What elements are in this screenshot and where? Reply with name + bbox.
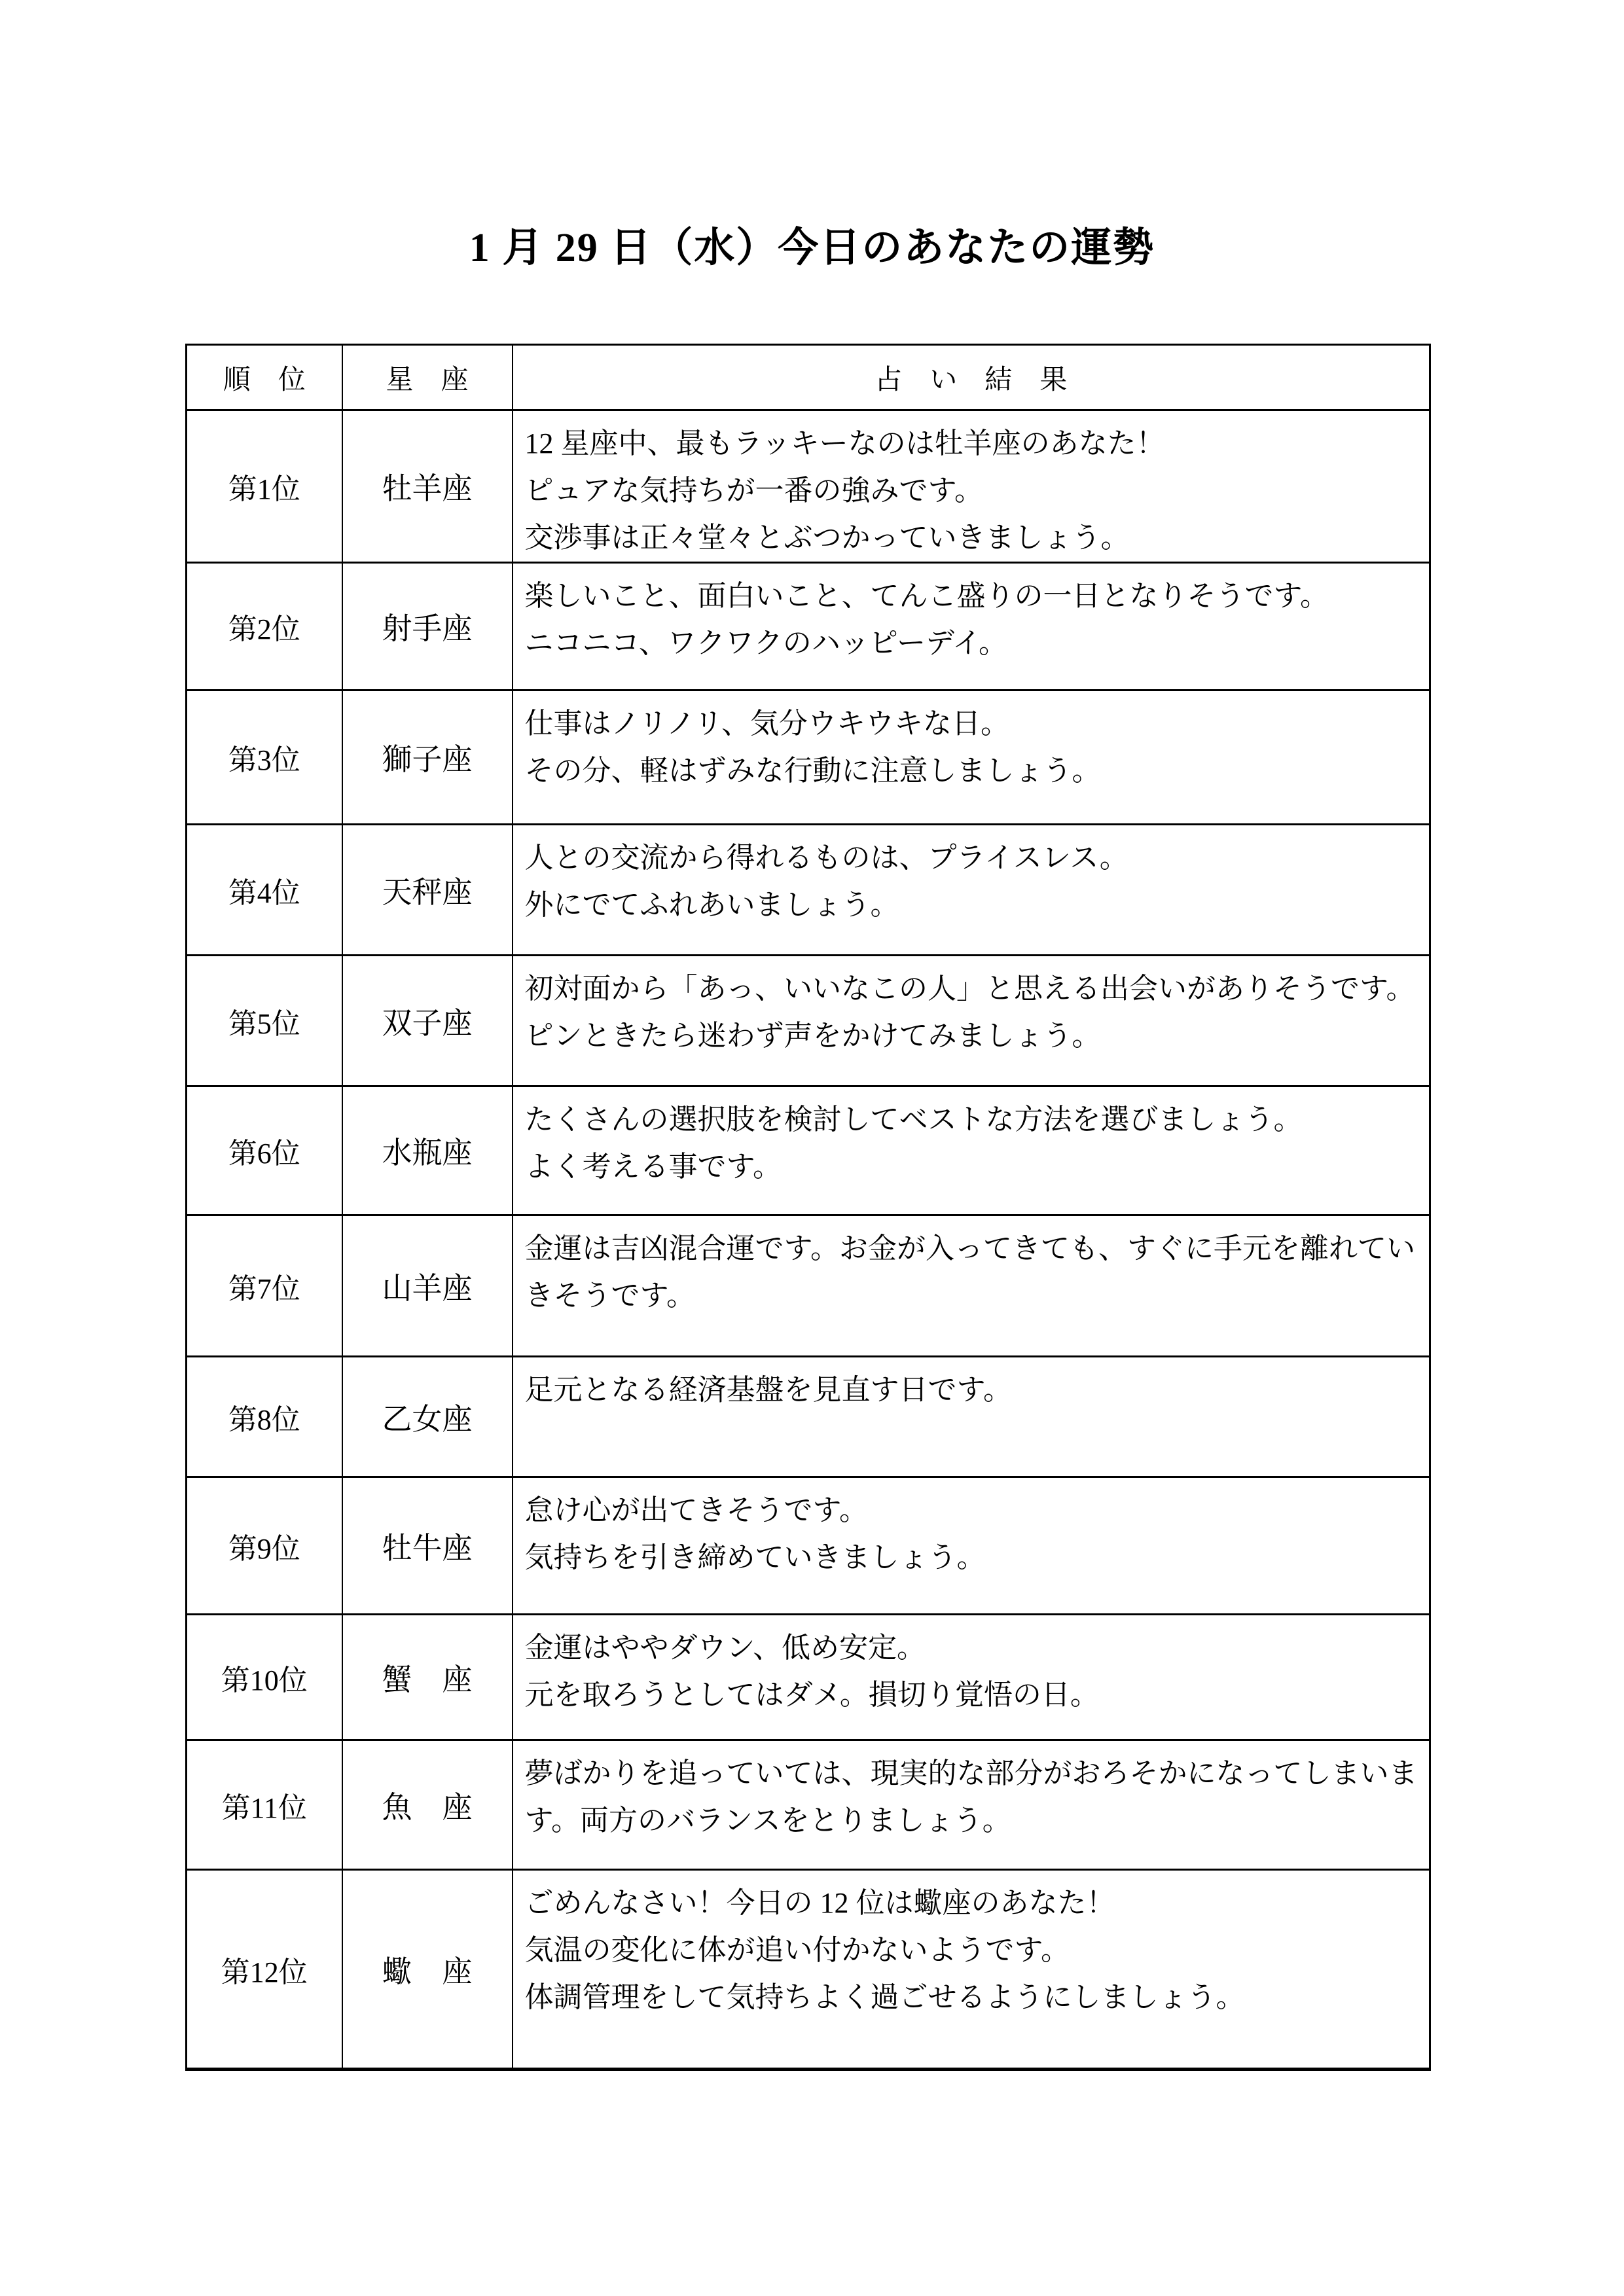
- result-cell: 足元となる経済基盤を見直す日です。: [513, 1357, 1430, 1477]
- col-header-rank: 順 位: [187, 345, 342, 410]
- result-line: 12 星座中、最もラッキーなのは牡羊座のあなた！: [525, 420, 1424, 467]
- result-cell: 怠け心が出てきそうです。 気持ちを引き締めていきましょう。: [513, 1477, 1430, 1615]
- table-row: 第5位 双子座 初対面から「あっ、いいなこの人」と思える出会いがありそうです。 …: [187, 956, 1430, 1086]
- table-row: 第10位 蟹 座 金運はややダウン、低め安定。 元を取ろうとしてはダメ。損切り覚…: [187, 1615, 1430, 1740]
- result-line: 怠け心が出てきそうです。: [525, 1487, 1424, 1534]
- result-cell: たくさんの選択肢を検討してベストな方法を選びましょう。 よく考える事です。: [513, 1086, 1430, 1215]
- result-line: す。両方のバランスをとりましょう。: [525, 1797, 1424, 1844]
- rank-cell: 第6位: [187, 1086, 342, 1215]
- rank-cell: 第2位: [187, 563, 342, 691]
- rank-cell: 第5位: [187, 956, 342, 1086]
- result-line: 気温の変化に体が追い付かないようです。: [525, 1927, 1424, 1974]
- rank-cell: 第1位: [187, 410, 342, 563]
- result-cell: 12 星座中、最もラッキーなのは牡羊座のあなた！ ピュアな気持ちが一番の強みです…: [513, 410, 1430, 563]
- result-cell: 夢ばかりを追っていては、現実的な部分がおろそかになってしまいま す。両方のバラン…: [513, 1740, 1430, 1870]
- table-row: 第11位 魚 座 夢ばかりを追っていては、現実的な部分がおろそかになってしまいま…: [187, 1740, 1430, 1870]
- sign-cell: 水瓶座: [342, 1086, 513, 1215]
- result-line: ニコニコ、ワクワクのハッピーデイ。: [525, 620, 1424, 667]
- result-line: 金運は吉凶混合運です。お金が入ってきても、すぐに手元を離れてい: [525, 1225, 1424, 1272]
- table-row: 第6位 水瓶座 たくさんの選択肢を検討してベストな方法を選びましょう。 よく考え…: [187, 1086, 1430, 1215]
- result-line: 外にでてふれあいましょう。: [525, 882, 1424, 929]
- result-cell: 金運は吉凶混合運です。お金が入ってきても、すぐに手元を離れてい きそうです。: [513, 1215, 1430, 1357]
- table-row: 第4位 天秤座 人との交流から得れるものは、プライスレス。 外にでてふれあいまし…: [187, 825, 1430, 956]
- sign-cell: 双子座: [342, 956, 513, 1086]
- result-line: 交渉事は正々堂々とぶつかっていきましょう。: [525, 514, 1424, 562]
- table-row: 第8位 乙女座 足元となる経済基盤を見直す日です。: [187, 1357, 1430, 1477]
- sign-cell: 牡牛座: [342, 1477, 513, 1615]
- table-row: 第12位 蠍 座 ごめんなさい！今日の 12 位は蠍座のあなた！ 気温の変化に体…: [187, 1870, 1430, 2070]
- sign-cell: 牡羊座: [342, 410, 513, 563]
- sign-cell: 天秤座: [342, 825, 513, 956]
- rank-cell: 第12位: [187, 1870, 342, 2070]
- rank-cell: 第4位: [187, 825, 342, 956]
- result-cell: 仕事はノリノリ、気分ウキウキな日。 その分、軽はずみな行動に注意しましょう。: [513, 691, 1430, 825]
- result-line: 人との交流から得れるものは、プライスレス。: [525, 834, 1424, 882]
- result-line: 夢ばかりを追っていては、現実的な部分がおろそかになってしまいま: [525, 1750, 1424, 1797]
- result-line: 初対面から「あっ、いいなこの人」と思える出会いがありそうです。: [525, 965, 1424, 1013]
- result-line: よく考える事です。: [525, 1143, 1424, 1191]
- col-header-sign: 星 座: [342, 345, 513, 410]
- rank-cell: 第10位: [187, 1615, 342, 1740]
- result-line: 楽しいこと、面白いこと、てんこ盛りの一日となりそうです。: [525, 573, 1424, 620]
- result-line: 仕事はノリノリ、気分ウキウキな日。: [525, 700, 1424, 747]
- result-cell: 初対面から「あっ、いいなこの人」と思える出会いがありそうです。 ピンときたら迷わ…: [513, 956, 1430, 1086]
- result-line: 元を取ろうとしてはダメ。損切り覚悟の日。: [525, 1672, 1424, 1719]
- sign-cell: 獅子座: [342, 691, 513, 825]
- fortune-table: 順 位 星 座 占 い 結 果 第1位 牡羊座 12 星座中、最もラッキーなのは…: [185, 344, 1431, 2071]
- sign-cell: 乙女座: [342, 1357, 513, 1477]
- result-cell: ごめんなさい！今日の 12 位は蠍座のあなた！ 気温の変化に体が追い付かないよう…: [513, 1870, 1430, 2070]
- result-cell: 人との交流から得れるものは、プライスレス。 外にでてふれあいましょう。: [513, 825, 1430, 956]
- result-line: ピュアな気持ちが一番の強みです。: [525, 467, 1424, 514]
- result-line: 金運はややダウン、低め安定。: [525, 1624, 1424, 1672]
- sign-cell: 蟹 座: [342, 1615, 513, 1740]
- page-title: 1 月 29 日（水）今日のあなたの運勢: [0, 215, 1624, 273]
- sign-cell: 山羊座: [342, 1215, 513, 1357]
- sign-cell: 蠍 座: [342, 1870, 513, 2070]
- table-row: 第1位 牡羊座 12 星座中、最もラッキーなのは牡羊座のあなた！ ピュアな気持ち…: [187, 410, 1430, 563]
- rank-cell: 第11位: [187, 1740, 342, 1870]
- result-cell: 楽しいこと、面白いこと、てんこ盛りの一日となりそうです。 ニコニコ、ワクワクのハ…: [513, 563, 1430, 691]
- result-line: ピンときたら迷わず声をかけてみましょう。: [525, 1013, 1424, 1060]
- sign-cell: 射手座: [342, 563, 513, 691]
- result-line: 足元となる経済基盤を見直す日です。: [525, 1367, 1424, 1414]
- col-header-result: 占 い 結 果: [513, 345, 1430, 410]
- rank-cell: 第9位: [187, 1477, 342, 1615]
- result-line: 気持ちを引き締めていきましょう。: [525, 1534, 1424, 1581]
- table-row: 第2位 射手座 楽しいこと、面白いこと、てんこ盛りの一日となりそうです。 ニコニ…: [187, 563, 1430, 691]
- rank-cell: 第7位: [187, 1215, 342, 1357]
- sign-cell: 魚 座: [342, 1740, 513, 1870]
- rank-cell: 第3位: [187, 691, 342, 825]
- table-row: 第7位 山羊座 金運は吉凶混合運です。お金が入ってきても、すぐに手元を離れてい …: [187, 1215, 1430, 1357]
- document-page: 1 月 29 日（水）今日のあなたの運勢 順 位 星 座 占 い 結 果 第1位…: [0, 0, 1624, 2296]
- result-line: その分、軽はずみな行動に注意しましょう。: [525, 747, 1424, 795]
- table-row: 第9位 牡牛座 怠け心が出てきそうです。 気持ちを引き締めていきましょう。: [187, 1477, 1430, 1615]
- result-cell: 金運はややダウン、低め安定。 元を取ろうとしてはダメ。損切り覚悟の日。: [513, 1615, 1430, 1740]
- result-line: ごめんなさい！今日の 12 位は蠍座のあなた！: [525, 1880, 1424, 1927]
- result-line: 体調管理をして気持ちよく過ごせるようにしましょう。: [525, 1974, 1424, 2021]
- table-row: 第3位 獅子座 仕事はノリノリ、気分ウキウキな日。 その分、軽はずみな行動に注意…: [187, 691, 1430, 825]
- table-header-row: 順 位 星 座 占 い 結 果: [187, 345, 1430, 410]
- result-line: きそうです。: [525, 1272, 1424, 1319]
- result-line: たくさんの選択肢を検討してベストな方法を選びましょう。: [525, 1096, 1424, 1143]
- rank-cell: 第8位: [187, 1357, 342, 1477]
